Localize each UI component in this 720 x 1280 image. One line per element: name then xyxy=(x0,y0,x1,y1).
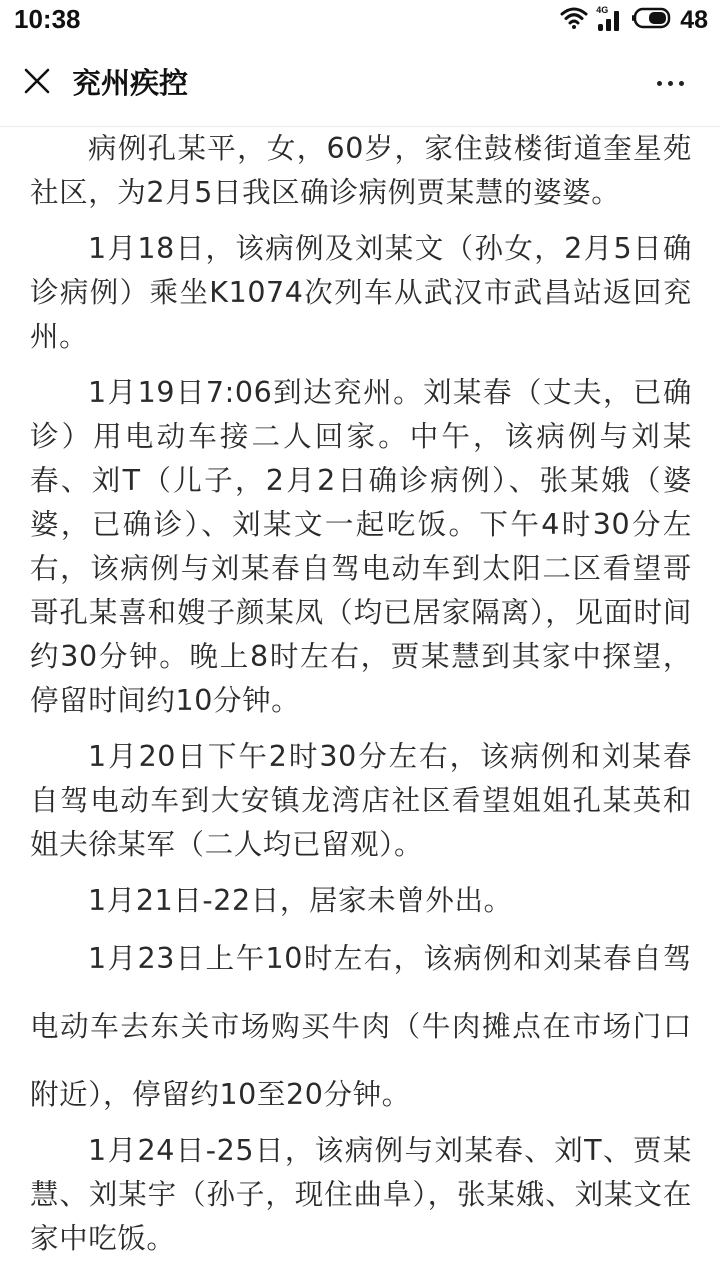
close-icon xyxy=(23,67,51,99)
status-icons: 4G 48 xyxy=(560,6,708,34)
battery-level: 48 xyxy=(680,6,708,35)
more-icon xyxy=(657,81,684,86)
page-title: 兖州疾控 xyxy=(72,64,188,102)
article-paragraph: 1月24日-25日，该病例与刘某春、刘T、贾某慧、刘某宇（孙子，现住曲阜），张某… xyxy=(30,1129,692,1261)
article-paragraph: 1月23日上午10时左右，该病例和刘某春自驾电动车去东关市场购买牛肉（牛肉摊点在… xyxy=(30,925,692,1129)
article-paragraph: 1月21日-22日，居家未曾外出。 xyxy=(30,879,692,923)
article-paragraph: 1月18日，该病例及刘某文（孙女，2月5日确诊病例）乘坐K1074次列车从武汉市… xyxy=(30,227,692,359)
more-options-button[interactable] xyxy=(648,66,692,100)
wifi-icon xyxy=(560,6,588,34)
status-bar: 10:38 4G 48 xyxy=(0,0,720,40)
article-paragraph: 1月20日下午2时30分左右，该病例和刘某春自驾电动车到大安镇龙湾店社区看望姐姐… xyxy=(30,735,692,867)
cellular-signal-icon: 4G xyxy=(596,7,624,33)
article-body: 病例孔某平，女，60岁，家住鼓楼街道奎星苑社区，为2月5日我区确诊病例贾某慧的婆… xyxy=(30,127,692,1273)
article-paragraph: 病例孔某平，女，60岁，家住鼓楼街道奎星苑社区，为2月5日我区确诊病例贾某慧的婆… xyxy=(30,127,692,215)
battery-icon xyxy=(632,7,672,33)
status-time: 10:38 xyxy=(14,4,81,35)
article-paragraph: 1月19日7:06到达兖州。刘某春（丈夫，已确诊）用电动车接二人回家。中午，该病… xyxy=(30,371,692,723)
close-button[interactable] xyxy=(18,64,56,102)
nav-bar: 兖州疾控 xyxy=(0,40,720,127)
